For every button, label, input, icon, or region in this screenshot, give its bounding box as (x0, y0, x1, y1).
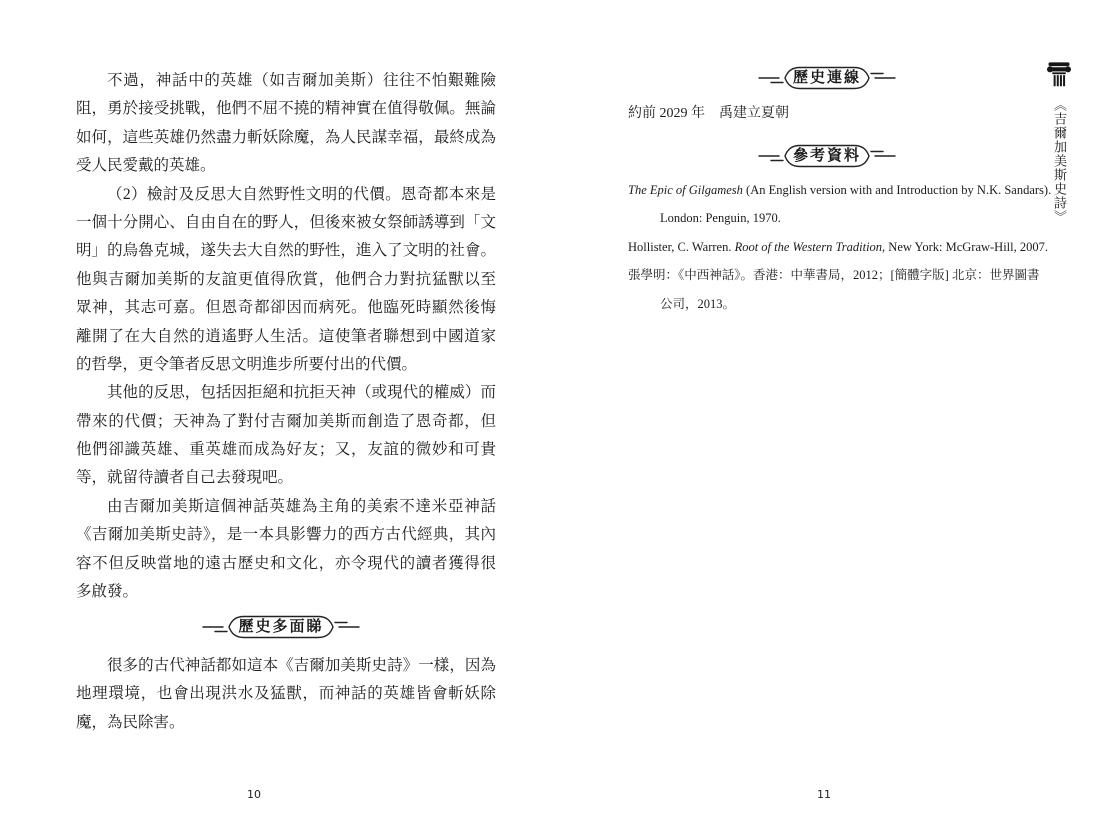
text-line: 眾神，其志可嘉。但恩奇都卻因而病死。他臨死時顯然後悔 (76, 294, 496, 322)
margin-book-title: 《吉爾加美斯史詩》 (1048, 98, 1070, 248)
text-line: 的哲學，更令筆者反思文明進步所要付出的代價。 (76, 351, 496, 379)
text-line: 容不但反映當地的遠古歷史和文化，亦令現代的讀者獲得很 (76, 550, 496, 578)
history-link-banner: 歷史連線 (757, 62, 897, 94)
reference-text: (An English version with and Introductio… (743, 183, 1051, 197)
reference-text: 公司，2013。 (660, 297, 735, 311)
reference-list: The Epic of Gilgamesh (An English versio… (628, 176, 1068, 318)
section-paragraph: 很多的古代神話都如這本《吉爾加美斯史詩》一樣，因為地理環境，也會出現洪水及猛獸，… (76, 652, 496, 737)
text-line: 帶來的代價；天神為了對付吉爾加美斯而創造了恩奇都，但 (76, 408, 496, 436)
text-line: 受人民愛戴的英雄。 (76, 152, 496, 180)
reference-text: London: Penguin, 1970. (660, 211, 781, 225)
text-line: 由吉爾加美斯這個神話英雄為主角的美索不達米亞神話 (76, 493, 496, 521)
text-line: 他們卻識英雄、重英雄而成為好友；又，友誼的微妙和可貴 (76, 436, 496, 464)
text-line: 很多的古代神話都如這本《吉爾加美斯史詩》一樣，因為 (76, 652, 496, 680)
left-page-body-paragraphs: 不過，神話中的英雄（如吉爾加美斯）往往不怕艱難險阻，勇於接受挑戰，他們不屈不撓的… (76, 67, 496, 606)
ionic-column-icon (1045, 61, 1073, 87)
text-line: 《吉爾加美斯史詩》，是一本具影響力的西方古代經典，其內 (76, 521, 496, 549)
section-banner-history-perspectives: 歷史多面睇 (201, 611, 361, 643)
text-line: 等，就留待讀者自己去發現吧。 (76, 464, 496, 492)
text-line: 離開了在大自然的逍遙野人生活。這使筆者聯想到中國道家 (76, 323, 496, 351)
paragraph: 由吉爾加美斯這個神話英雄為主角的美索不達米亞神話《吉爾加美斯史詩》，是一本具影響… (76, 493, 496, 607)
reference-line: 公司，2013。 (628, 290, 1068, 318)
history-link-entry: 約前 2029 年 禹建立夏朝 (628, 103, 789, 125)
reference-entry: Hollister, C. Warren. Root of the Wester… (628, 233, 1068, 261)
references-banner: 參考資料 (757, 140, 897, 172)
reference-entry: 張學明：《中西神話》。香港：中華書局，2012；[簡體字版] 北京：世界圖書公司… (628, 261, 1068, 318)
paragraph: 不過，神話中的英雄（如吉爾加美斯）往往不怕艱難險阻，勇於接受挑戰，他們不屈不撓的… (76, 67, 496, 181)
text-line: 明」的烏魯克城，遂失去大自然的野性，進入了文明的社會。 (76, 237, 496, 265)
reference-line: Hollister, C. Warren. Root of the Wester… (628, 233, 1068, 261)
text-line: 不過，神話中的英雄（如吉爾加美斯）往往不怕艱難險 (76, 67, 496, 95)
text-line: 阻，勇於接受挑戰，他們不屈不撓的精神實在值得敬佩。無論 (76, 95, 496, 123)
reference-text: , New York: McGraw-Hill, 2007. (882, 240, 1048, 254)
text-line: 如何，這些英雄仍然盡力斬妖除魔，為人民謀幸福，最終成為 (76, 124, 496, 152)
reference-title-italic: The Epic of Gilgamesh (628, 183, 743, 197)
banner-label: 歷史連線 (757, 62, 897, 94)
reference-line: London: Penguin, 1970. (628, 204, 1068, 232)
banner-label: 歷史多面睇 (201, 611, 361, 643)
reference-text: 張學明：《中西神話》。香港：中華書局，2012；[簡體字版] 北京：世界圖書 (628, 268, 1039, 282)
reference-line: 張學明：《中西神話》。香港：中華書局，2012；[簡體字版] 北京：世界圖書 (628, 261, 1068, 289)
reference-text: Hollister, C. Warren. (628, 240, 735, 254)
text-line: 其他的反思，包括因拒絕和抗拒天神（或現代的權威）而 (76, 379, 496, 407)
paragraph: （2）檢討及反思大自然野性文明的代價。恩奇都本來是一個十分開心、自由自在的野人，… (76, 181, 496, 380)
reference-title-italic: Root of the Western Tradition (735, 240, 882, 254)
paragraph: 其他的反思，包括因拒絕和抗拒天神（或現代的權威）而帶來的代價；天神為了對付吉爾加… (76, 379, 496, 493)
book-spread: 不過，神話中的英雄（如吉爾加美斯）往往不怕艱難險阻，勇於接受挑戰，他們不屈不撓的… (0, 0, 1102, 827)
text-line: （2）檢討及反思大自然野性文明的代價。恩奇都本來是 (76, 181, 496, 209)
text-line: 地理環境，也會出現洪水及猛獸，而神話的英雄皆會斬妖除 (76, 680, 496, 708)
banner-label: 參考資料 (757, 140, 897, 172)
page-number-right: 11 (810, 788, 838, 801)
text-line: 多啟發。 (76, 578, 496, 606)
reference-line: The Epic of Gilgamesh (An English versio… (628, 176, 1068, 204)
reference-entry: The Epic of Gilgamesh (An English versio… (628, 176, 1068, 233)
page-number-left: 10 (240, 788, 268, 801)
text-line: 他與吉爾加美斯的友誼更值得欣賞，他們合力對抗猛獸以至 (76, 266, 496, 294)
text-line: 一個十分開心、自由自在的野人，但後來被女祭師誘導到「文 (76, 209, 496, 237)
text-line: 魔，為民除害。 (76, 709, 496, 737)
